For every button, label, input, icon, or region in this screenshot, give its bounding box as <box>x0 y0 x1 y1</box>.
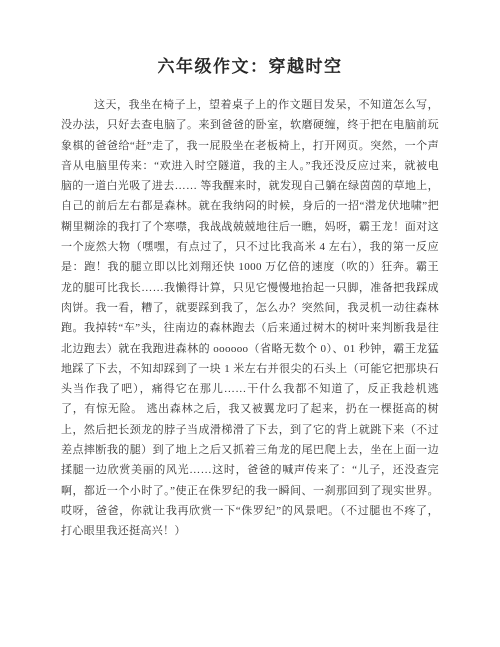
essay-body-paragraph: 这天，我坐在椅子上，望着桌子上的作文题目发呆，不知道怎么写，没办法，只好去查电脑… <box>61 95 439 542</box>
document-page: 六年级作文：穿越时空 这天，我坐在椅子上，望着桌子上的作文题目发呆，不知道怎么写… <box>0 0 500 647</box>
page-title: 六年级作文：穿越时空 <box>61 54 439 80</box>
